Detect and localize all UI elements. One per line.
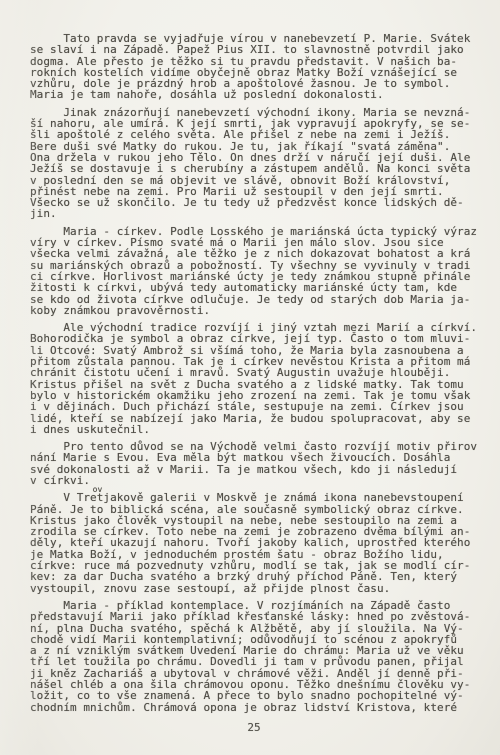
text-line: všecka velmi závažná, ale těžko je z nic… <box>30 248 478 259</box>
text-line: i dnes uskutečnil. <box>30 424 478 435</box>
text-line: jin. <box>30 208 478 219</box>
paragraph: Ale východní tradice rozvíjí i jiný vzta… <box>30 322 478 435</box>
document-page: Tato pravda se vyjadřuje vírou v nanebev… <box>0 0 500 755</box>
paragraph: Maria - příklad kontemplace. V rozjímání… <box>30 600 478 713</box>
text-block: Tato pravda se vyjadřuje vírou v nanebev… <box>30 33 478 713</box>
paragraph: Pro tento důvod se na Východě velmi čast… <box>30 441 478 486</box>
text-line: V Tretjakově galerii v Moskvě je známá i… <box>30 492 478 503</box>
text-line: své dokonalosti až v Marii. Ta je matkou… <box>30 464 478 475</box>
text-line: nání Marie s Evou. Eva měla být matkou v… <box>30 452 478 463</box>
text-line: i v dějinách. Duch přichází stále, sestu… <box>30 401 478 412</box>
paragraph: Jinak znázorňují nanebevzetí východní ik… <box>30 107 478 220</box>
text-line: žitosti k církvi, ubývá tedy automaticky… <box>30 282 478 293</box>
paragraph: Maria - církev. Podle Losského je marián… <box>30 226 478 316</box>
paragraph: V Tretjakově galerii v Moskvě je známá i… <box>30 492 478 594</box>
text-line: šli apoštolé z celého světa. Ale přišel … <box>30 129 478 140</box>
text-line: se slaví i na Západě. Papež Pius XII. to… <box>30 44 478 55</box>
text-line: koby známkou pravověrnosti. <box>30 305 478 316</box>
text-line: představují Marii jako příklad křesťansk… <box>30 611 478 622</box>
text-line: Všecko se už skončilo. Je tu tedy už pře… <box>30 197 478 208</box>
text-line: chránit čistotu učení i mravů. Svatý Aug… <box>30 367 478 378</box>
text-line: chodním mnichům. Chrámová opona je obraz… <box>30 702 478 713</box>
text-line: Maria je tam nahoře, dosáhla už poslední… <box>30 89 478 100</box>
text-line: ložit, co to vše znamená. A přece to byl… <box>30 690 478 701</box>
typed-superscript-correction: ov <box>93 486 103 494</box>
page-number: 25 <box>30 721 478 734</box>
text-line: vystoupil, znovu zase sestoupí, až přijd… <box>30 583 478 594</box>
text-line: Ježíš se dostavuje i s cherubíny a zástu… <box>30 163 478 174</box>
paragraph: Tato pravda se vyjadřuje vírou v nanebev… <box>30 33 478 101</box>
text-line: kev: za dar Ducha svatého a brzký druhý … <box>30 571 478 582</box>
